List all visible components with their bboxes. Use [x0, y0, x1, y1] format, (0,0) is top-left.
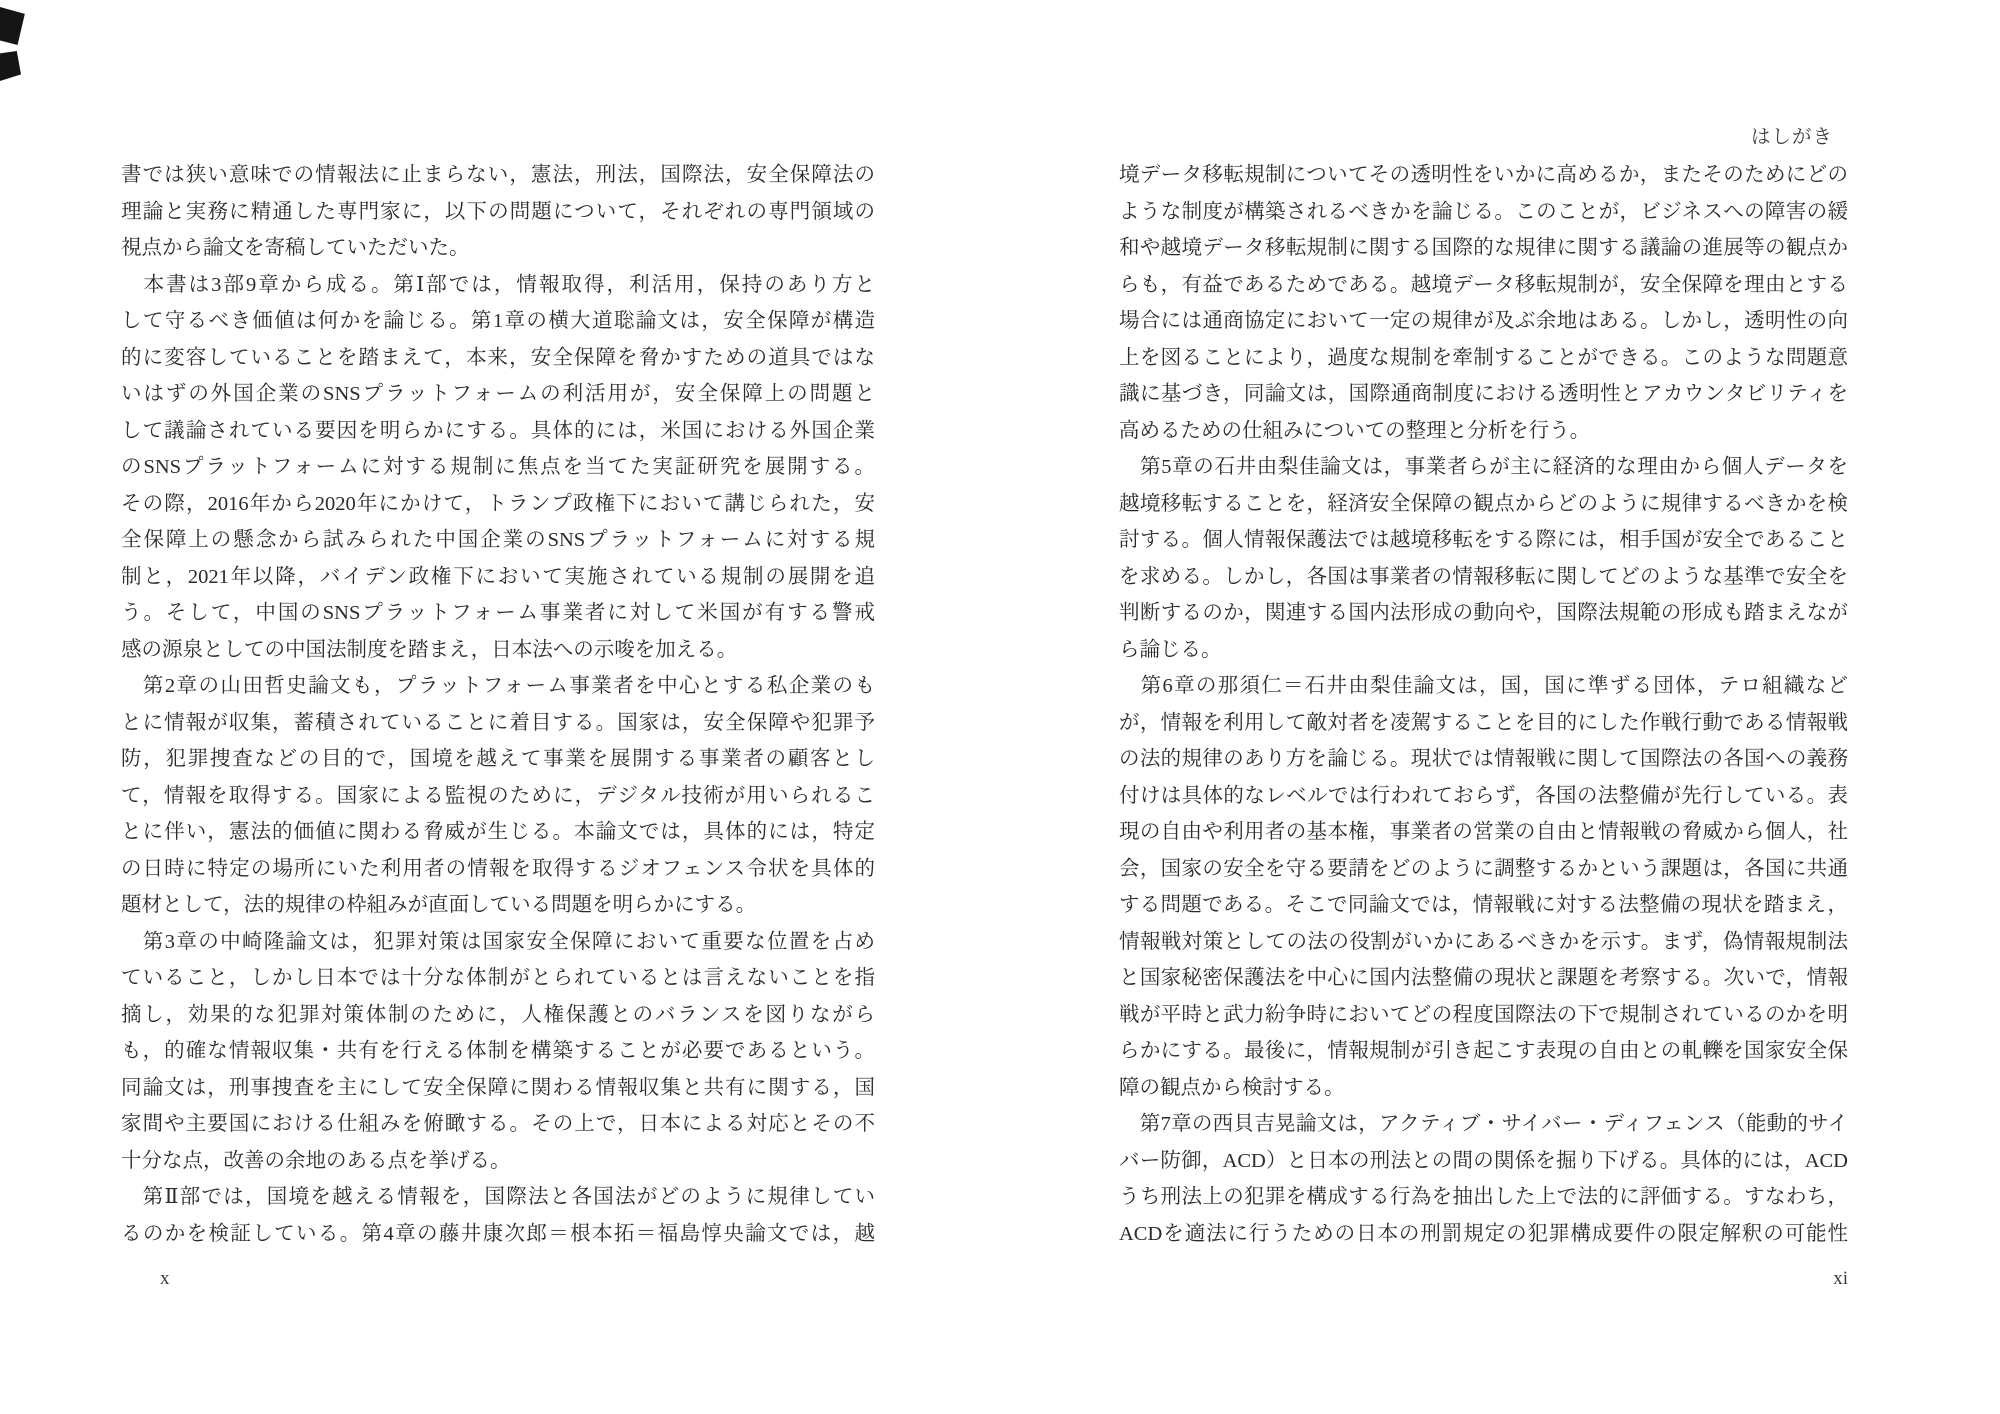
book-spread: はしがき 書では狭い意味での情報法に止まらない，憲法，刑法，国際法，安全保障法の… [0, 0, 2000, 1414]
text-line: 第5章の石井由梨佳論文は，事業者らが主に経済的な理由から個人データを [1119, 449, 1848, 486]
text-line: 会，国家の安全を守る要請をどのように調整するかという課題は，各国に共通 [1119, 851, 1848, 888]
text-line: とに伴い，憲法的価値に関わる脅威が生じる。本論文では，具体的には，特定 [121, 814, 875, 851]
text-line: する問題である。そこで同論文では，情報戦に対する法整備の現状を踏まえ， [1119, 887, 1848, 924]
text-line: 本書は3部9章から成る。第Ⅰ部では，情報取得，利活用，保持のあり方と [121, 267, 875, 304]
text-line: う。そして，中国のSNSプラットフォーム事業者に対して米国が有する警戒 [121, 595, 875, 632]
text-line: 戦が平時と武力紛争時においてどの程度国際法の下で規制されているのかを明 [1119, 997, 1848, 1034]
text-line: 書では狭い意味での情報法に止まらない，憲法，刑法，国際法，安全保障法の [121, 157, 875, 194]
text-line: の日時に特定の場所にいた利用者の情報を取得するジオフェンス令状を具体的 [121, 851, 875, 888]
page-number-right: xi [1802, 1268, 1848, 1290]
text-line: 情報戦対策としての法の役割がいかにあるべきかを示す。まず，偽情報規制法 [1119, 924, 1848, 961]
text-line: 識に基づき，同論文は，国際通商制度における透明性とアカウンタビリティを [1119, 376, 1848, 413]
text-line: 現の自由や利用者の基本権，事業者の営業の自由と情報戦の脅威から個人，社 [1119, 814, 1848, 851]
text-line: 第3章の中崎隆論文は，犯罪対策は国家安全保障において重要な位置を占め [121, 924, 875, 961]
page-number-left: x [160, 1268, 170, 1290]
text-line: 越境移転することを，経済安全保障の観点からどのように規律するべきかを検 [1119, 486, 1848, 523]
text-line: らかにする。最後に，情報規制が引き起こす表現の自由との軋轢を国家安全保 [1119, 1033, 1848, 1070]
text-line: して議論されている要因を明らかにする。具体的には，米国における外国企業 [121, 413, 875, 450]
text-line: 和や越境データ移転規制に関する国際的な規律に関する議論の進展等の観点か [1119, 230, 1848, 267]
text-line: 第Ⅱ部では，国境を越える情報を，国際法と各国法がどのように規律してい [121, 1179, 875, 1216]
text-line: 付けは具体的なレベルでは行われておらず，各国の法整備が先行している。表 [1119, 778, 1848, 815]
scan-artifact [0, 7, 27, 45]
text-line: 判断するのか，関連する国内法形成の動向や，国際法規範の形成も踏まえなが [1119, 595, 1848, 632]
text-line: 第7章の西貝吉晃論文は，アクティブ・サイバー・ディフェンス（能動的サイ [1119, 1106, 1848, 1143]
text-line: のSNSプラットフォームに対する規制に焦点を当てた実証研究を展開する。 [121, 449, 875, 486]
text-line: が，情報を利用して敵対者を凌駕することを目的にした作戦行動である情報戦 [1119, 705, 1848, 742]
text-line: らも，有益であるためである。越境データ移転規制が，安全保障を理由とする [1119, 267, 1848, 304]
text-line: 家間や主要国における仕組みを俯瞰する。その上で，日本による対応とその不 [121, 1106, 875, 1143]
text-line: して守るべき価値は何かを論じる。第1章の横大道聡論文は，安全保障が構造 [121, 303, 875, 340]
right-page-text: 境データ移転規制についてその透明性をいかに高めるか，またそのためにどのような制度… [1119, 157, 1848, 1252]
text-line: とに情報が収集，蓄積されていることに着目する。国家は，安全保障や犯罪予 [121, 705, 875, 742]
text-line: 視点から論文を寄稿していただいた。 [121, 230, 875, 267]
text-line: ような制度が構築されるべきかを論じる。このことが，ビジネスへの障害の緩 [1119, 194, 1848, 231]
text-line: バー防御，ACD）と日本の刑法との間の関係を掘り下げる。具体的には，ACDの [1119, 1143, 1848, 1180]
text-line: の法的規律のあり方を論じる。現状では情報戦に関して国際法の各国への義務 [1119, 741, 1848, 778]
text-line: 十分な点，改善の余地のある点を挙げる。 [121, 1143, 875, 1180]
text-line: 上を図ることにより，過度な規制を牽制することができる。このような問題意 [1119, 340, 1848, 377]
text-line: 高めるための仕組みについての整理と分析を行う。 [1119, 413, 1848, 450]
text-line: 場合には通商協定において一定の規律が及ぶ余地はある。しかし，透明性の向 [1119, 303, 1848, 340]
text-line: ら論じる。 [1119, 632, 1848, 669]
text-line: 境データ移転規制についてその透明性をいかに高めるか，またそのためにどの [1119, 157, 1848, 194]
text-line: 理論と実務に精通した専門家に，以下の問題について，それぞれの専門領域の [121, 194, 875, 231]
text-line: るのかを検証している。第4章の藤井康次郎＝根本拓＝福島惇央論文では，越 [121, 1216, 875, 1253]
text-line: 防，犯罪捜査などの目的で，国境を越えて事業を展開する事業者の顧客とし [121, 741, 875, 778]
text-line: 第6章の那須仁＝石井由梨佳論文は，国，国に準ずる団体，テロ組織など [1119, 668, 1848, 705]
text-line: その際，2016年から2020年にかけて，トランプ政権下において講じられた，安 [121, 486, 875, 523]
text-line: て，情報を取得する。国家による監視のために，デジタル技術が用いられるこ [121, 778, 875, 815]
text-line: 感の源泉としての中国法制度を踏まえ，日本法への示唆を加える。 [121, 632, 875, 669]
text-line: 討する。個人情報保護法では越境移転をする際には，相手国が安全であること [1119, 522, 1848, 559]
text-line: ACDを適法に行うための日本の刑罰規定の犯罪構成要件の限定解釈の可能性 [1119, 1216, 1848, 1253]
text-line: いはずの外国企業のSNSプラットフォームの利活用が，安全保障上の問題と [121, 376, 875, 413]
text-line: 制と，2021年以降，バイデン政権下において実施されている規制の展開を追 [121, 559, 875, 596]
text-line: も，的確な情報収集・共有を行える体制を構築することが必要であるという。 [121, 1033, 875, 1070]
scan-artifact [0, 51, 21, 81]
text-line: うち刑法上の犯罪を構成する行為を抽出した上で法的に評価する。すなわち， [1119, 1179, 1848, 1216]
text-line: 的に変容していることを踏まえて，本来，安全保障を脅かすための道具ではな [121, 340, 875, 377]
text-line: 摘し，効果的な犯罪対策体制のために，人権保護とのバランスを図りながら [121, 997, 875, 1034]
text-line: 全保障上の懸念から試みられた中国企業のSNSプラットフォームに対する規 [121, 522, 875, 559]
running-header: はしがき [1120, 121, 1833, 149]
text-line: 障の観点から検討する。 [1119, 1070, 1848, 1107]
text-line: 題材として，法的規律の枠組みが直面している問題を明らかにする。 [121, 887, 875, 924]
text-line: 第2章の山田哲史論文も，プラットフォーム事業者を中心とする私企業のも [121, 668, 875, 705]
text-line: と国家秘密保護法を中心に国内法整備の現状と課題を考察する。次いで，情報 [1119, 960, 1848, 997]
left-page-text: 書では狭い意味での情報法に止まらない，憲法，刑法，国際法，安全保障法の理論と実務… [121, 157, 875, 1252]
text-line: ていること，しかし日本では十分な体制がとられているとは言えないことを指 [121, 960, 875, 997]
text-line: 同論文は，刑事捜査を主にして安全保障に関わる情報収集と共有に関する，国 [121, 1070, 875, 1107]
text-line: を求める。しかし，各国は事業者の情報移転に関してどのような基準で安全を [1119, 559, 1848, 596]
